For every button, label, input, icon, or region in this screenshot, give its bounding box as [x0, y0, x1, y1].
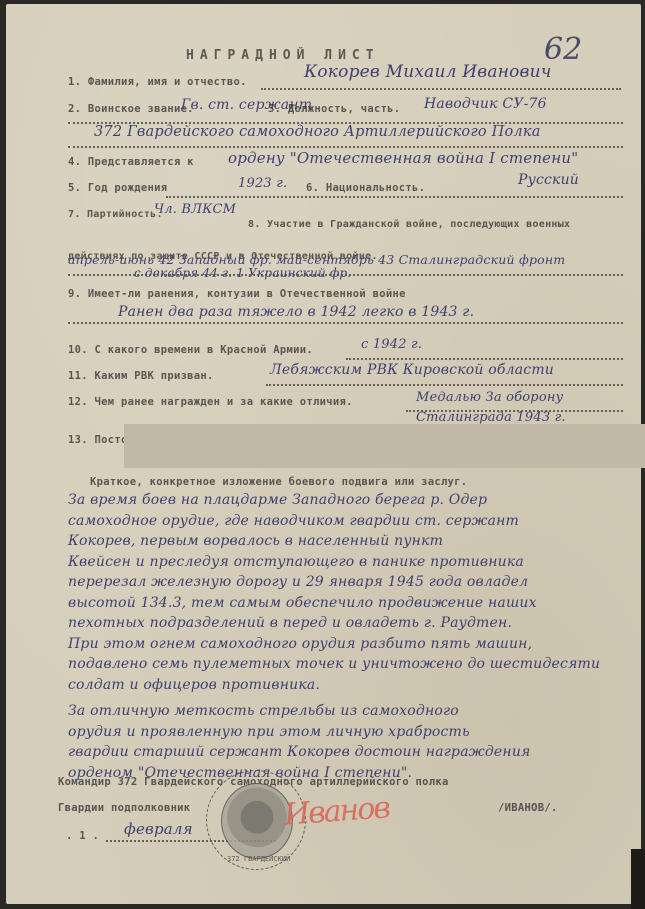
field-label-nationality: 6. Национальность. [306, 182, 425, 194]
field-label-birth-year: 5. Год рождения [68, 182, 167, 194]
dotted-line [266, 382, 623, 386]
date-month: февраля [124, 820, 193, 838]
narrative-line: солдат и офицеров противника. [68, 675, 628, 696]
field-label-position: 3. Должность, часть. [268, 103, 400, 115]
narrative-line: гвардии старший сержант Кокорев достоин … [68, 742, 628, 763]
commander-signature: Иванов [283, 790, 390, 832]
narrative-line: За отличную меткость стрельбы из самоход… [68, 701, 628, 722]
stamp-text: 372 ГВАРДЕЙСКИЙ [227, 855, 290, 863]
field-value-wounds: Ранен два раза тяжело в 1942 легко в 194… [118, 304, 474, 320]
page-corner-shadow [631, 849, 645, 909]
dotted-line [166, 194, 623, 198]
date-day: . 1 . [66, 830, 99, 842]
field-value-birth-year: 1923 г. [238, 176, 287, 191]
ussr-emblem-icon [221, 783, 293, 859]
field-value-name: Кокорев Михаил Иванович [304, 62, 552, 82]
narrative-line: пехотных подразделений в перед и овладет… [68, 613, 628, 634]
dotted-line [346, 356, 623, 360]
redacted-address-block [124, 424, 645, 468]
narrative-line: Кокорев, первым ворвалось в населенный п… [68, 531, 628, 552]
narrative-line: При этом огнем самоходного орудия разбит… [68, 634, 628, 655]
field-label-rank: 2. Воинское звание. [68, 103, 194, 115]
narrative-text: За время боев на плацдарме Западного бер… [68, 490, 628, 783]
field-value-nationality: Русский [518, 172, 579, 188]
narrative-line: орудия и проявленную при этом личную хра… [68, 722, 628, 743]
field-value-war-participation-2: с декабря 44 г. 1 Украинский фр. [134, 266, 351, 280]
field-label-wounds: 9. Имеет-ли ранения, контузии в Отечеств… [68, 288, 406, 300]
field-label-previous-awards: 12. Чем ранее награжден и за какие отлич… [68, 396, 353, 408]
award-sheet-paper: НАГРАДНОЙ ЛИСТ 62 1. Фамилия, имя и отче… [6, 4, 641, 904]
field-label-name: 1. Фамилия, имя и отчество. [68, 76, 247, 88]
narrative-line: подавлено семь пулеметных точек и уничто… [68, 654, 628, 675]
field-value-unit: 372 Гвардейского самоходного Артиллерийс… [94, 124, 541, 140]
narrative-line: За время боев на плацдарме Западного бер… [68, 490, 628, 511]
document-title: НАГРАДНОЙ ЛИСТ [186, 48, 380, 63]
field-label-army-since: 10. С какого времени в Красной Армии. [68, 344, 313, 356]
field-label-draft-office: 11. Каким РВК призван. [68, 370, 214, 382]
narrative-heading: Краткое, конкретное изложение боевого по… [90, 476, 467, 488]
commander-rank: Гвардии подполковник [58, 802, 190, 814]
field-label-award: 4. Представляется к [68, 156, 194, 168]
narrative-line: перерезал железную дорогу и 29 января 19… [68, 572, 628, 593]
field-value-position: Наводчик СУ-76 [424, 96, 547, 112]
narrative-line: Квейсен и преследуя отступающего в паник… [68, 552, 628, 573]
field-value-army-since: с 1942 г. [361, 337, 422, 352]
field-value-war-participation: апрель-июнь 42 Западный фр. май-сентябрь… [68, 252, 565, 267]
field-value-draft-office: Лебяжским РВК Кировской области [270, 362, 554, 378]
field-value-award: ордену "Отечественная война I степени" [228, 149, 578, 167]
dotted-line [68, 144, 623, 148]
dotted-line [261, 86, 621, 90]
narrative-line: самоходное орудие, где наводчиком гварди… [68, 511, 628, 532]
commander-name: /ИВАНОВ/. [498, 802, 558, 814]
dotted-line [406, 408, 623, 412]
dotted-line [68, 320, 623, 324]
narrative-line: высотой 134.3, тем самым обеспечило прод… [68, 593, 628, 614]
